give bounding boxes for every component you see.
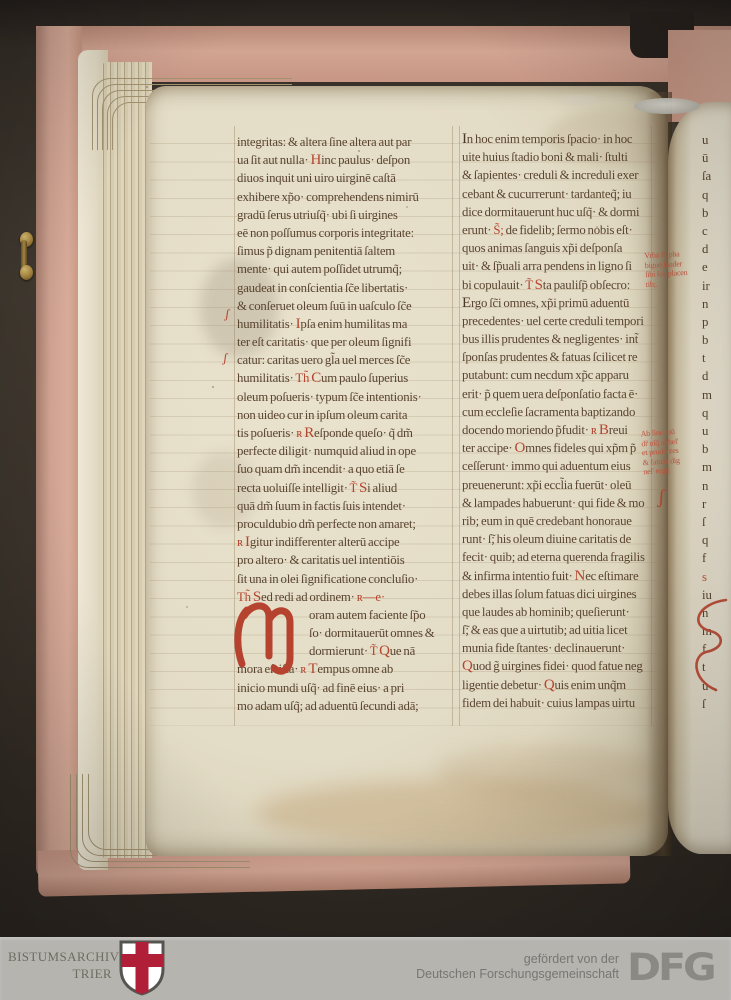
manuscript-line: & ſapientes· creduli & increduli exer: [462, 166, 662, 184]
ink-text: bi copulauit·: [462, 278, 525, 292]
manuscript-line: diuos inquit uni uiro uirginē caſtā: [237, 169, 457, 187]
text-fragment: t: [702, 349, 731, 367]
archive-scan: integritas: & altera ſine altera aut par…: [0, 0, 731, 1000]
manuscript-line: munia fide ſtantes· declinauerunt·: [462, 639, 662, 657]
text-fragment: ſ: [702, 695, 731, 713]
ink-text: um paulo ſuperius: [321, 371, 408, 385]
ink-text: tis poſueris·: [237, 426, 296, 440]
gutter-note: Vrba & phabigue lauderſibi ſol' placenti…: [644, 249, 688, 290]
manuscript-line: quā dm̃ ſuum in factis ſuis intendet·: [237, 497, 457, 515]
text-fragment: m: [702, 386, 731, 404]
ink-text: preuenerunt: xp̃i eccl̃ia fuerūt· oleū: [462, 478, 631, 492]
ink-text: proculdubio dm̃ perfecte non amaret;: [237, 517, 416, 531]
manuscript-line: eē non poſſumus corporis integritate:: [237, 224, 457, 242]
manuscript-line: non uideo cur in ipſum oleum carita: [237, 406, 457, 424]
ink-text: & conſeruet oleum ſuū in uaſculo ſc̃e: [237, 299, 411, 313]
ink-text: cebant & cucurrerunt· tardanteq̃; iu: [462, 187, 632, 201]
manuscript-line: ʀ Igitur indifferenter alterū accipe: [237, 533, 457, 551]
ink-text: bus illis prudentes & negligentes· int̃: [462, 332, 638, 346]
ink-text: fecit· quib; ad eterna querenda fragilis: [462, 550, 645, 564]
manuscript-line: oram autem faciente ſp̃o: [309, 606, 457, 624]
ink-text: dice dormitauerunt huc uſq̃· & dormi: [462, 205, 639, 219]
manuscript-line: humilitatis· Th̃ Cum paulo ſuperius: [237, 369, 457, 387]
rubric-text: C: [311, 370, 321, 386]
manuscript-line: recta uoluiſſe intelligit· T̃ Si aliud: [237, 479, 457, 497]
clasp-knob-bottom: [20, 265, 33, 280]
manuscript-line: uite huius ſtadio boni & mali· ſtulti: [462, 148, 662, 166]
manuscript-line: Quod g̃ uirgines fidei· quod fatue neg: [462, 657, 662, 675]
rubric-text: N: [575, 568, 586, 584]
text-fragment: p: [702, 313, 731, 331]
rubric-text: Q: [462, 658, 473, 674]
gutter-note: Ab ſine mũdr̃ uſq̃ abhel'et prudentes& f…: [640, 427, 680, 477]
archive-name: BISTUMSARCHIV TRIER: [8, 948, 112, 982]
text-fragment: f: [702, 549, 731, 567]
trier-shield-logo: [118, 939, 166, 997]
text-fragment: m: [702, 458, 731, 476]
manuscript-line: ſit una in olei ſignificatione concluſio…: [237, 570, 457, 588]
rubric-text: ʀ—e·: [357, 590, 385, 604]
rubric-text: ʀ: [591, 423, 599, 437]
ink-text: mnes fideles qui xp̃m p̃: [525, 441, 636, 455]
text-fragment: b: [702, 204, 731, 222]
ink-text: mente· qui autem poſſidet utrumq̃;: [237, 262, 402, 276]
manuscript-line: & lampades habuerunt· qui fide & mo: [462, 494, 662, 512]
ink-text: ſimus p̃ dignam penitentiā ſaltem: [237, 244, 395, 258]
ruling-vertical: [459, 126, 460, 726]
ink-text: exhibere xp̃o· comprehendens nimirū: [237, 190, 419, 204]
text-fragment: r: [702, 495, 731, 513]
ink-text: ec eſtimare: [585, 569, 638, 583]
manuscript-line: humilitatis· Ipſa enim humilitas ma: [237, 315, 457, 333]
manuscript-line: ligentie debetur· Quis enim unq̃m: [462, 676, 662, 694]
manuscript-line: ſuo quam dm̃ incendit· a quo etiā ſe: [237, 460, 457, 478]
manuscript-line: uit· & ſp̃uali arra pendens in ligno ſi: [462, 257, 662, 275]
funding-line2: Deutschen Forschungsgemeinschaft: [416, 967, 619, 982]
manuscript-line: ceſſerunt· immo qui aduentum eius: [462, 457, 662, 475]
ink-text: ue nā: [390, 644, 415, 658]
ink-text: ſit una in olei ſignificatione concluſio…: [237, 572, 418, 586]
ink-text: rgo ſc̃i omnes, xp̃i primū aduentū: [471, 296, 629, 310]
ink-text: & ſapientes· creduli & increduli exer: [462, 168, 638, 182]
ink-text: runt· ſ̃; his oleum diuine caritatis de: [462, 532, 631, 546]
manuscript-line: bus illis prudentes & negligentes· int̃: [462, 330, 662, 348]
manuscript-line: Ergo ſc̃i omnes, xp̃i primū aduentū: [462, 294, 662, 312]
manuscript-line: ſponſas prudentes & fatuas ſcilicet re: [462, 348, 662, 366]
ink-text: & infirma intentio fuit·: [462, 569, 575, 583]
rubric-text: S: [359, 480, 367, 496]
manuscript-line: gradū ſerus utriuſq̃· ubi ſi uirgines: [237, 206, 457, 224]
text-fragment: q: [702, 186, 731, 204]
funding-credit: gefördert von der Deutschen Forschungsge…: [416, 952, 619, 982]
ink-text: rib; eum in quē credebant honoraue: [462, 514, 632, 528]
text-fragment: ū: [702, 149, 731, 167]
ink-text: ter accipe·: [462, 441, 514, 455]
ink-text: ſponſas prudentes & fatuas ſcilicet re: [462, 350, 637, 364]
manuscript-line: In hoc enim temporis ſpacio· in hoc: [462, 130, 662, 148]
manuscript-line: proculdubio dm̃ perfecte non amaret;: [237, 515, 457, 533]
manuscript-line: ter eſt caritatis· que per oleum ſignifi: [237, 333, 457, 351]
ink-text: humilitatis·: [237, 317, 296, 331]
ink-text: quā dm̃ ſuum in factis ſuis intendet·: [237, 499, 406, 513]
ink-text: ceſſerunt· immo qui aduentum eius: [462, 459, 631, 473]
manuscript-line: dormierunt· T̃ Que nā: [309, 642, 457, 660]
ink-text: pro altero· & caritatis uel intentiōis: [237, 553, 405, 567]
text-fragment: d: [702, 240, 731, 258]
text-fragment: e: [702, 258, 731, 276]
manuscript-line: tis poſueris· ʀ Reſponde queſo· q̃ dm̃: [237, 424, 457, 442]
manuscript-line: ſ̃; & eas que a uirtutib; ad uitia licet: [462, 621, 662, 639]
page-edges-left: [100, 62, 152, 858]
rubric-text: Q: [544, 677, 555, 693]
text-fragment: u: [702, 422, 731, 440]
manuscript-line: ſimus p̃ dignam penitentiā ſaltem: [237, 242, 457, 260]
ink-text: catur: caritas uero gl̃a uel merces ſc̃e: [237, 353, 410, 367]
rubric-text: ʀ: [237, 535, 245, 549]
text-fragment: b: [702, 331, 731, 349]
manuscript-line: catur: caritas uero gl̃a uel merces ſc̃e: [237, 351, 457, 369]
manuscript-line: perfecte diligit· numquid aliud in ope: [237, 442, 457, 460]
manuscript-line: preuenerunt: xp̃i eccl̃ia fuerūt· oleū: [462, 476, 662, 494]
manuscript-line: ſo· dormitauerūt omnes &: [309, 624, 457, 642]
rubric-text: H: [310, 152, 321, 168]
footer-bar: BISTUMSARCHIV TRIER gefördert von der De…: [0, 937, 731, 1000]
text-fragment: n: [702, 477, 731, 495]
manuscript-line: cum eccleſie ſacramenta baptizando: [462, 403, 662, 421]
ink-text: gradū ſerus utriuſq̃· ubi ſi uirgines: [237, 208, 398, 222]
manuscript-line: bi copulauit· T̃ Sta pauliſp̃ obſecro:: [462, 276, 662, 294]
funding-line1: gefördert von der: [416, 952, 619, 967]
ink-text: mo adam uſq̃; ad aduentū ſecundi adā;: [237, 699, 419, 713]
ink-text: munia fide ſtantes· declinauerunt·: [462, 641, 625, 655]
manuscript-line: precedentes· uel certe creduli tempori: [462, 312, 662, 330]
ink-text: ſo· dormitauerūt omnes &: [309, 626, 434, 640]
manuscript-line: fidem dei habuit· cuius lampas uirtu: [462, 694, 662, 712]
ink-text: diuos inquit uni uiro uirginē caſtā: [237, 171, 396, 185]
ink-text: integritas: & altera ſine altera aut par: [237, 135, 411, 149]
ink-text: eē non poſſumus corporis integritate:: [237, 226, 414, 240]
manuscript-line: exhibere xp̃o· comprehendens nimirū: [237, 188, 457, 206]
ink-text: ligentie debetur·: [462, 678, 544, 692]
manuscript-line: que laudes ab hominib; queſierunt·: [462, 603, 662, 621]
manuscript-line: erit· p̃ quem uera deſponſatio facta ē·: [462, 385, 662, 403]
manuscript-line: runt· ſ̃; his oleum diuine caritatis de: [462, 530, 662, 548]
ink-text: precedentes· uel certe creduli tempori: [462, 314, 644, 328]
ink-text: eſponde queſo· q̃ dm̃: [314, 426, 413, 440]
ink-text: debes illas ſolum fatuas dici uirgines: [462, 587, 636, 601]
endband: [634, 98, 700, 114]
ink-text: inc paulus· deſpon: [321, 153, 410, 167]
parchment-specks: [146, 86, 148, 88]
text-fragment: d: [702, 367, 731, 385]
ink-text: fidem dei habuit· cuius lampas uirtu: [462, 696, 635, 710]
rubric-text: T: [308, 661, 317, 677]
text-fragment: q: [702, 404, 731, 422]
ink-text: ſuo quam dm̃ incendit· a quo etiā ſe: [237, 462, 405, 476]
rubric-text: O: [514, 440, 525, 456]
ink-text: que laudes ab hominib; queſierunt·: [462, 605, 630, 619]
initial-M: [231, 596, 299, 684]
ink-text: i aliud: [367, 481, 397, 495]
ink-text: erunt·: [462, 223, 493, 237]
rubric-text: B: [599, 422, 609, 438]
rubric-text: T̃: [370, 644, 379, 658]
text-fragment: ſ: [702, 513, 731, 531]
manuscript-line: mente· qui autem poſſidet utrumq̃;: [237, 260, 457, 278]
rubric-text: R: [304, 425, 314, 441]
text-fragment: ir: [702, 277, 731, 295]
manuscript-line: erunt· S̃; de fidelib; ſermo nobis eſt·: [462, 221, 662, 239]
manuscript-line: integritas: & altera ſine altera aut par: [237, 133, 457, 151]
ink-text: oram autem faciente ſp̃o: [309, 608, 425, 622]
brass-clasp: [17, 232, 41, 280]
manuscript-line: rib; eum in quē credebant honoraue: [462, 512, 662, 530]
manuscript-line: ua ſit aut nulla· Hinc paulus· deſpon: [237, 151, 457, 169]
manuscript-line: cebant & cucurrerunt· tardanteq̃; iu: [462, 185, 662, 203]
ink-text: non uideo cur in ipſum oleum carita: [237, 408, 407, 422]
ink-text: oleum poſueris· typum ſc̃e intentionis·: [237, 390, 422, 404]
ink-text: empus omne ab: [317, 662, 393, 676]
ink-text: ſ̃; & eas que a uirtutib; ad uitia licet: [462, 623, 627, 637]
archive-name-line2: TRIER: [8, 965, 112, 982]
ink-text: humilitatis·: [237, 371, 295, 385]
manuscript-line: docendo moriendo p̃fudit· ʀ Breui: [462, 421, 662, 439]
ink-text: quos animas ſanguis xp̃i deſponſa: [462, 241, 622, 255]
red-flourish: [684, 596, 730, 694]
text-fragment: q: [702, 531, 731, 549]
ink-text: erit· p̃ quem uera deſponſatio facta ē·: [462, 387, 638, 401]
endband-glint: [556, 94, 600, 106]
dfg-logo: DFG: [627, 945, 714, 989]
manuscript-line: dice dormitauerunt huc uſq̃· & dormi: [462, 203, 662, 221]
ink-text: uod g̃ uirgines fidei· quod fatue neg: [473, 659, 643, 673]
manuscript-line: gaudeat in conſcientia ſc̃e libertatis·: [237, 279, 457, 297]
ink-text: ter eſt caritatis· que per oleum ſignifi: [237, 335, 411, 349]
book-cover-left-edge: [36, 26, 82, 878]
manuscript-line: fecit· quib; ad eterna querenda fragilis: [462, 548, 662, 566]
manuscript-line: debes illas ſolum fatuas dici uirgines: [462, 585, 662, 603]
text-fragment: b: [702, 440, 731, 458]
manuscript-line: mo adam uſq̃; ad aduentū ſecundi adā;: [237, 697, 457, 715]
rubric-text: T̃: [350, 481, 359, 495]
parchment-stain: [436, 746, 656, 796]
manuscript-line: putabunt: cum necdum xp̃c apparu: [462, 366, 662, 384]
ink-text: uis enim unq̃m: [554, 678, 625, 692]
rubric-text: T̃: [525, 278, 534, 292]
manuscript-line: & conſeruet oleum ſuū in uaſculo ſc̃e: [237, 297, 457, 315]
ink-text: gaudeat in conſcientia ſc̃e libertatis·: [237, 281, 408, 295]
text-fragment: s: [702, 568, 731, 586]
manuscript-line: & infirma intentio fuit· Nec eſtimare: [462, 567, 662, 585]
rubric-text: S: [535, 277, 543, 293]
rubric-margin-mark: ʃ: [657, 486, 665, 509]
rubric-text: Q: [379, 643, 390, 659]
manuscript-line: pro altero· & caritatis uel intentiōis: [237, 551, 457, 569]
ink-text: E: [462, 295, 471, 311]
manuscript-line: ter accipe· Omnes fideles qui xp̃m p̃: [462, 439, 662, 457]
ink-text: pſa enim humilitas ma: [300, 317, 407, 331]
ink-text: recta uoluiſſe intelligit·: [237, 481, 350, 495]
ink-text: reui: [609, 423, 628, 437]
text-column-right: In hoc enim temporis ſpacio· in hocuite …: [462, 130, 662, 712]
ink-text: docendo moriendo p̃fudit·: [462, 423, 591, 437]
ink-text: perfecte diligit· numquid aliud in ope: [237, 444, 416, 458]
manuscript-line: quos animas ſanguis xp̃i deſponſa: [462, 239, 662, 257]
text-fragment: c: [702, 222, 731, 240]
manuscript-line: oleum poſueris· typum ſc̃e intentionis·: [237, 388, 457, 406]
ink-text: de fidelib; ſermo nobis eſt·: [506, 223, 633, 237]
ink-text: dormierunt·: [309, 644, 370, 658]
text-fragment: ſa: [702, 167, 731, 185]
rubric-text: Th̃: [295, 371, 311, 385]
ink-text: uit· & ſp̃uali arra pendens in ligno ſi: [462, 259, 632, 273]
ink-text: ua ſit aut nulla·: [237, 153, 310, 167]
archive-name-line1: BISTUMSARCHIV: [8, 948, 112, 965]
text-fragment: n: [702, 295, 731, 313]
ink-text: putabunt: cum necdum xp̃c apparu: [462, 368, 629, 382]
ink-text: ta pauliſp̃ obſecro:: [543, 278, 630, 292]
ink-text: n hoc enim temporis ſpacio· in hoc: [467, 132, 633, 146]
ink-text: & lampades habuerunt· qui fide & mo: [462, 496, 644, 510]
rubric-text: S̃;: [493, 223, 505, 237]
ink-text: cum eccleſie ſacramenta baptizando: [462, 405, 635, 419]
ink-text: uite huius ſtadio boni & mali· ſtulti: [462, 150, 628, 164]
ink-text: gitur indifferenter alterū accipe: [250, 535, 400, 549]
text-fragment: u: [702, 131, 731, 149]
